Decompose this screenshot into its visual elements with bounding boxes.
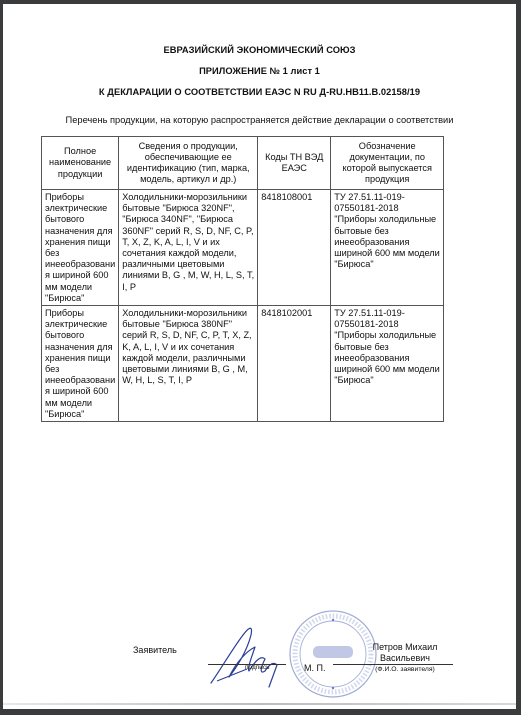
column-header-documentation: Обозначение документации, по которой вып…: [331, 137, 444, 190]
signature-icon: [207, 621, 287, 691]
name-line: [333, 664, 453, 665]
cell-hs-code: 8418102001: [258, 306, 331, 422]
product-list-intro: Перечень продукции, на которую распростр…: [3, 115, 516, 125]
signature-line: [208, 664, 286, 665]
cell-product-info: Холодильники-морозильники бытовые "Бирюс…: [119, 306, 258, 422]
cell-product-name: Приборы электрические бытового назначени…: [42, 190, 119, 306]
table-row: Приборы электрические бытового назначени…: [42, 306, 444, 422]
cell-product-info: Холодильники-морозильники бытовые "Бирюс…: [119, 190, 258, 306]
cell-documentation: ТУ 27.51.11-019-07550181-2018 "Приборы х…: [331, 306, 444, 422]
page-bottom-edge: [3, 703, 516, 705]
applicant-name: Петров Михаил Васильевич: [355, 642, 455, 664]
products-table: Полное наименование продукции Сведения о…: [41, 136, 444, 422]
seal-label: М. П.: [304, 663, 325, 673]
column-header-product-info: Сведения о продукции, обеспечивающие ее …: [119, 137, 258, 190]
appendix-title: ПРИЛОЖЕНИЕ № 1 лист 1: [3, 66, 516, 76]
applicant-name-caption: (Ф.И.О. заявителя): [355, 666, 455, 673]
union-title: ЕВРАЗИЙСКИЙ ЭКОНОМИЧЕСКИЙ СОЮЗ: [3, 45, 516, 55]
column-header-product-name: Полное наименование продукции: [42, 137, 119, 190]
declaration-title: К ДЕКЛАРАЦИИ О СООТВЕТСТВИИ ЕАЭС N RU Д-…: [3, 87, 516, 97]
column-header-hs-codes: Коды ТН ВЭД ЕАЭС: [258, 137, 331, 190]
cell-hs-code: 8418108001: [258, 190, 331, 306]
document-page: ЕВРАЗИЙСКИЙ ЭКОНОМИЧЕСКИЙ СОЮЗ ПРИЛОЖЕНИ…: [3, 4, 516, 709]
cell-documentation: ТУ 27.51.11-019-07550181-2018 "Приборы х…: [331, 190, 444, 306]
table-row: Приборы электрические бытового назначени…: [42, 190, 444, 306]
seal-stamp-icon: [287, 608, 379, 700]
cell-product-name: Приборы электрические бытового назначени…: [42, 306, 119, 422]
table-header-row: Полное наименование продукции Сведения о…: [42, 137, 444, 190]
applicant-label: Заявитель: [133, 645, 177, 655]
signature-caption: подпись: [245, 664, 270, 671]
